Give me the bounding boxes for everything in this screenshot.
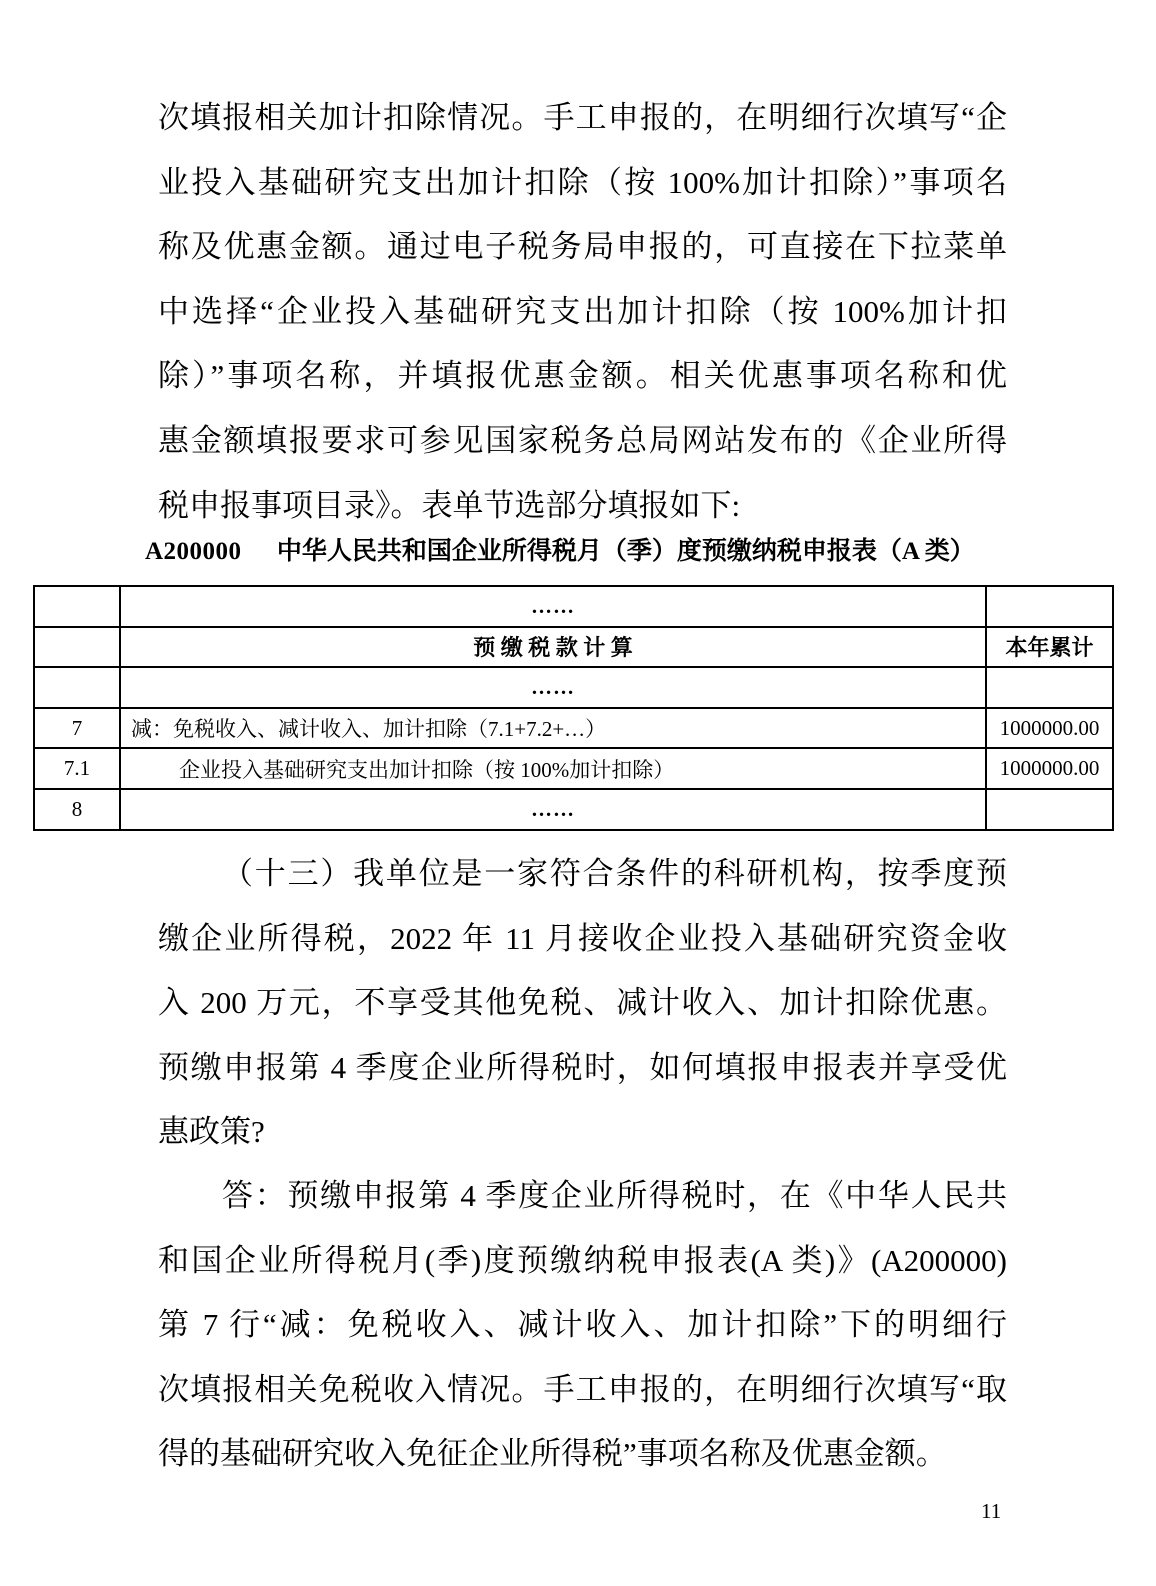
row-number-cell: 7.1	[34, 748, 120, 789]
row-content-cell: ……	[120, 789, 986, 830]
table-row: ……	[34, 586, 1113, 627]
row-amount-cell: 1000000.00	[986, 708, 1113, 749]
text-line: 第 7 行“减：免税收入、减计收入、加计扣除”下的明细行	[158, 1293, 1007, 1358]
text-line: 答：预缴申报第 4 季度企业所得税时，在《中华人民共	[158, 1164, 1007, 1229]
document-page: 次填报相关加计扣除情况。手工申报的，在明细行次填写“企业投入基础研究支出加计扣除…	[0, 0, 1156, 1586]
question-paragraph: （十三）我单位是一家符合条件的科研机构，按季度预缴企业所得税，2022 年 11…	[158, 842, 1007, 1165]
table-row: 7减：免税收入、减计收入、加计扣除（7.1+7.2+…）1000000.00	[34, 708, 1113, 749]
row-content-cell: 企业投入基础研究支出加计扣除（按 100%加计扣除）	[120, 748, 986, 789]
row-content-cell: 减：免税收入、减计收入、加计扣除（7.1+7.2+…）	[120, 708, 986, 749]
row-content-cell: 预 缴 税 款 计 算	[120, 627, 986, 668]
tax-form-table-body: ……预 缴 税 款 计 算本年累计……7减：免税收入、减计收入、加计扣除（7.1…	[34, 586, 1113, 830]
form-header: A200000 中华人民共和国企业所得税月（季）度预缴纳税申报表（A 类）	[145, 531, 1010, 567]
text-line: 预缴申报第 4 季度企业所得税时，如何填报申报表并享受优	[158, 1036, 1007, 1101]
row-content-cell: ……	[120, 667, 986, 708]
text-line: 得的基础研究收入免征企业所得税”事项名称及优惠金额。	[158, 1422, 1007, 1487]
row-number-cell	[34, 667, 120, 708]
row-number-cell: 7	[34, 708, 120, 749]
row-number-cell	[34, 627, 120, 668]
text-line: 缴企业所得税，2022 年 11 月接收企业投入基础研究资金收	[158, 907, 1007, 972]
text-line: 次填报相关免税收入情况。手工申报的，在明细行次填写“取	[158, 1358, 1007, 1423]
row-amount-cell	[986, 667, 1113, 708]
row-number-cell	[34, 586, 120, 627]
text-line: 中选择“企业投入基础研究支出加计扣除（按 100%加计扣	[158, 280, 1007, 345]
table-row: 7.1企业投入基础研究支出加计扣除（按 100%加计扣除）1000000.00	[34, 748, 1113, 789]
row-number-cell: 8	[34, 789, 120, 830]
text-line: 称及优惠金额。通过电子税务局申报的，可直接在下拉菜单	[158, 215, 1007, 280]
text-line: （十三）我单位是一家符合条件的科研机构，按季度预	[158, 842, 1007, 907]
table-row: ……	[34, 667, 1113, 708]
intro-paragraph: 次填报相关加计扣除情况。手工申报的，在明细行次填写“企业投入基础研究支出加计扣除…	[158, 86, 1007, 538]
text-line: 入 200 万元，不享受其他免税、减计收入、加计扣除优惠。	[158, 971, 1007, 1036]
form-title: 中华人民共和国企业所得税月（季）度预缴纳税申报表（A 类）	[242, 531, 1010, 567]
page-number: 11	[981, 1499, 1001, 1524]
row-amount-cell	[986, 789, 1113, 830]
text-line: 除）”事项名称，并填报优惠金额。相关优惠事项名称和优	[158, 344, 1007, 409]
text-line: 和国企业所得税月(季)度预缴纳税申报表(A 类)》(A200000)	[158, 1229, 1007, 1294]
row-amount-cell: 本年累计	[986, 627, 1113, 668]
row-amount-cell: 1000000.00	[986, 748, 1113, 789]
form-code: A200000	[145, 538, 242, 566]
text-line: 税申报事项目录》。表单节选部分填报如下:	[158, 474, 1007, 539]
text-line: 次填报相关加计扣除情况。手工申报的，在明细行次填写“企	[158, 86, 1007, 151]
text-line: 惠金额填报要求可参见国家税务总局网站发布的《企业所得	[158, 409, 1007, 474]
text-line: 惠政策?	[158, 1100, 1007, 1165]
answer-paragraph: 答：预缴申报第 4 季度企业所得税时，在《中华人民共和国企业所得税月(季)度预缴…	[158, 1164, 1007, 1487]
text-line: 业投入基础研究支出加计扣除（按 100%加计扣除）”事项名	[158, 151, 1007, 216]
row-content-cell: ……	[120, 586, 986, 627]
table-row: 8……	[34, 789, 1113, 830]
table-row: 预 缴 税 款 计 算本年累计	[34, 627, 1113, 668]
row-amount-cell	[986, 586, 1113, 627]
tax-form-table: ……预 缴 税 款 计 算本年累计……7减：免税收入、减计收入、加计扣除（7.1…	[33, 585, 1114, 831]
